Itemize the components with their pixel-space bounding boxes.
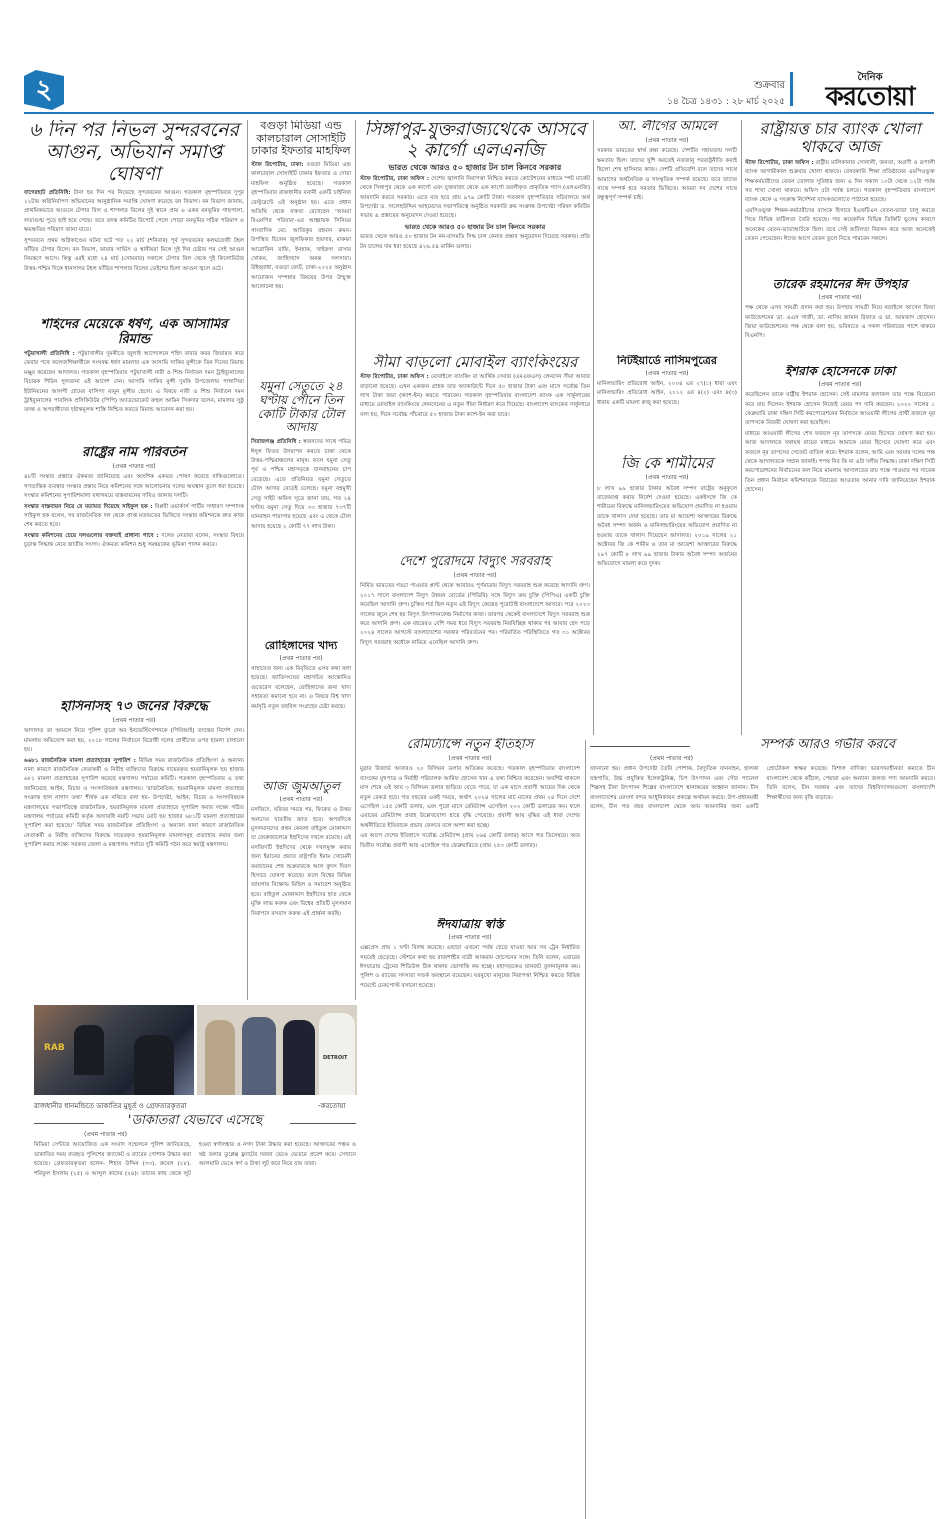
- article-rohingya-food[interactable]: রোহিঙ্গাদের খাদ্য (প্রথম পাতার পর) সাহায…: [251, 640, 351, 780]
- headline: যমুনা সেতুতে ২৪ ঘণ্টায় পৌনে তিন কোটি টা…: [251, 380, 351, 435]
- continued-label: (প্রথম পাতার পর): [597, 136, 737, 145]
- body: এমপিওভুক্ত শিক্ষক-কর্মচারীদের ব্যাংকে হি…: [745, 207, 935, 245]
- masthead-divider: [790, 72, 793, 106]
- article-china-relations[interactable]: সম্পর্ক আরও গভীর করবে (প্রথম পাতার পর) জ…: [590, 738, 935, 1518]
- byline: স্টাফ রিপোর্টার, ঢাকা অফিস :: [745, 160, 814, 166]
- article-eid-journey[interactable]: ঈদযাত্রায় স্বস্তি (প্রথম পাতার পর) এক্স…: [360, 918, 580, 1518]
- column-divider: [593, 120, 594, 735]
- article-sundarban[interactable]: ৬ দিন পর নিভল সুন্দরবনের আগুন, অভিযান সম…: [24, 120, 244, 325]
- article-mobile-banking[interactable]: সীমা বাড়লো মোবাইল ব্যাংকিংয়ের স্টাফ রি…: [360, 354, 590, 554]
- body: বগুড়া মিডিয়া এন্ড কালচারাল সোসাইটি ঢাক…: [251, 162, 351, 290]
- body: ৮ লাখ ৯৯ হাজার টাকার অবৈধ সম্পদ রাষ্ট্রে…: [597, 485, 737, 570]
- article-hasina-case[interactable]: হাসিনাসহ ৭৩ জনের বিরুদ্ধে (প্রথম পাতার প…: [24, 700, 244, 885]
- logo-main: করতোয়া: [800, 84, 940, 110]
- subhead: ৬৬৮১ রাজনৈতিক মামলা প্রত্যাহারের সুপারিশ…: [24, 758, 136, 764]
- headline: রেমিট্যান্সে নতুন ইতিহাস: [360, 738, 580, 753]
- headline: তারেক রহমানের ঈদ উপহার: [745, 278, 935, 292]
- photo-raid: RAB: [34, 1005, 194, 1095]
- continued-label: (প্রথম পাতার পর): [360, 571, 590, 580]
- shirt-text: DETROIT: [323, 1055, 347, 1061]
- continued-label: (প্রথম পাতার পর): [360, 754, 580, 763]
- weekday: শুক্রবার: [667, 78, 785, 94]
- byline: স্টাফ রিপোর্টার, ঢাকা অফিস :: [360, 176, 429, 182]
- body: মোবাইলে ব্যাংকিং বা আর্থিক সেবার (এমএফএস…: [360, 374, 590, 418]
- byline: সিরাজগঞ্জ প্রতিনিধি :: [251, 439, 301, 445]
- headline: দেশে পুরোদমে বিদ্যুৎ সরবরাহ: [360, 555, 590, 570]
- headline: রাষ্ট্রায়ত্ত চার ব্যাংক খোলা থাকবে আজ: [745, 120, 935, 157]
- column-divider: [741, 120, 742, 735]
- column-divider: [585, 740, 586, 1519]
- headline: নিটইয়ার্ডে নাসিমপুত্রের: [597, 355, 737, 368]
- body: এর আগে দেশের ইতিহাসে সর্বোচ্চ রেমিট্যান্…: [360, 832, 580, 851]
- continued-label: (প্রথম পাতার পর): [590, 754, 935, 763]
- article-ishraque[interactable]: ইশরাক হোসেনকে ঢাকা (প্রথম পাতার পর) করেছ…: [745, 365, 935, 735]
- continued-label: (প্রথম পাতার পর): [745, 293, 935, 302]
- continued-label: (প্রথম পাতার পর): [251, 795, 351, 804]
- body: মসজিদে, ঘরিবর সময়ে গর, ফিকের ও উত্তর অন…: [251, 806, 351, 919]
- headline: আজ জুমআতুল: [251, 780, 351, 794]
- byline: বাগেরহাট প্রতিনিধি:: [24, 190, 71, 196]
- body: দেশের জ্বালানি নিরাপত্তা নিশ্চিত করতে কো…: [360, 176, 590, 220]
- article-jamuna-toll[interactable]: যমুনা সেতুতে ২৪ ঘণ্টায় পৌনে তিন কোটি টা…: [251, 380, 351, 640]
- article-bogura-media[interactable]: বগুড়া মিডিয়া এন্ড কালচারাল সোসাইটি ঢাক…: [251, 120, 351, 332]
- headline: শহিদের মেয়েকে ধর্ষণ, এক আসামির রিমান্ড: [24, 318, 244, 348]
- date-box: শুক্রবার ১৪ চৈত্র ১৪৩১ : ২৮ মার্চ ২০২৫: [667, 78, 785, 110]
- article-state-name[interactable]: রাষ্ট্রের নাম পরিবর্তন (প্রথম পাতার পর) …: [24, 446, 244, 706]
- photo-caption: রাজধানীর ধানমন্ডিতে ডাকাতির মুহূর্ত ও গ্…: [34, 1100, 186, 1112]
- body: মিডিয়া সেন্টারে আয়োজিত এক সংবাদ সম্মেল…: [34, 1141, 356, 1179]
- continued-label: (প্রথম পাতার পর): [745, 380, 935, 389]
- body: জানানো হয়। প্রধান উপদেষ্টা তৈরি পোশাক, …: [590, 765, 935, 812]
- continued-label: (প্রথম পাতার পর): [360, 933, 580, 942]
- headline: ইশরাক হোসেনকে ঢাকা: [745, 365, 935, 379]
- article-rape-case[interactable]: শহিদের মেয়েকে ধর্ষণ, এক আসামির রিমান্ড …: [24, 318, 244, 446]
- headline: হাসিনাসহ ৭৩ জনের বিরুদ্ধে: [24, 700, 244, 715]
- article-remittance[interactable]: রেমিট্যান্সে নতুন ইতিহাস (প্রথম পাতার পর…: [360, 738, 580, 908]
- article-lng[interactable]: সিঙ্গাপুর-যুক্তরাজ্যথেকে আসবে ২ কার্গো এ…: [360, 120, 590, 352]
- continued-label: (প্রথম পাতার পর): [24, 716, 244, 725]
- headline: রাষ্ট্রের নাম পরিবর্তন: [24, 446, 244, 461]
- body: ভারত থেকে আরও ৫০ হাজার টন নন-বাসমতি সিদ্…: [360, 233, 590, 252]
- article-jumatul-wida[interactable]: আজ জুমআতুল (প্রথম পাতার পর) মসজিদে, ঘরিব…: [251, 780, 351, 1000]
- headline: 'ডাকাতরা যেভাবে এসেছে: [34, 1114, 356, 1129]
- continued-label: (প্রথম পাতার পর): [34, 1130, 356, 1139]
- body: ৪৮টি সংস্কার প্রস্তাবে ঐকমত্য জানিয়েছে …: [24, 473, 244, 501]
- column-divider: [355, 120, 356, 1000]
- body: মাধ্যমে আওয়ামী লীগের শেখ ফজলে নূর তাপসক…: [745, 430, 935, 496]
- body: মানিলন্ডারিং প্রতিরোধ আইন, ২০০৪ এর ২৭(১)…: [597, 380, 737, 408]
- body: সাহায্যের জন্য এক বিবৃতিতে এসব কথা বলা হ…: [251, 665, 351, 712]
- body: এক্সপ্রেস প্রায় ১ ঘণ্টা বিলম্ব করেছে। এ…: [360, 944, 580, 991]
- continued-label: (প্রথম পাতার পর): [24, 462, 244, 471]
- body: নির্মিত ভারতের গড্ডা পাওয়ার প্লান্ট থেক…: [360, 582, 590, 648]
- body: সরকার ভারতের স্বার্থ রক্ষা করেছে। দেশটির…: [597, 147, 737, 203]
- rab-label: RAB: [44, 1043, 65, 1053]
- date-line: ১৪ চৈত্র ১৪৩১ : ২৮ মার্চ ২০২৫: [667, 94, 785, 110]
- body: পটুয়াখালীর দুমকীতে জুলাই আন্দোলনে শহিদ …: [24, 351, 244, 413]
- photo-suspects: DETROIT: [197, 1005, 357, 1095]
- masthead: ২ শুক্রবার ১৪ চৈত্র ১৪৩১ : ২৮ মার্চ ২০২৫…: [0, 0, 945, 112]
- headline: ৬ দিন পর নিভল সুন্দরবনের আগুন, অভিযান সম…: [24, 120, 244, 186]
- body: স্বজনদের সাথে পবিত্র ঈদুল ফিতর উদযাপন কর…: [251, 439, 351, 530]
- subhead: ভারত থেকে আরও ৫০ হাজার টন চাল কিনবে সরকা…: [360, 223, 590, 232]
- body: আদালত তা আমলে নিয়ে পুলিশ ব্যুরো অব ইনভে…: [24, 727, 244, 755]
- headline: সম্পর্ক আরও গভীর করবে: [590, 738, 935, 753]
- article-nasimputra[interactable]: নিটইয়ার্ডে নাসিমপুত্রের (প্রথম পাতার পর…: [597, 355, 737, 450]
- column-divider: [247, 120, 248, 1000]
- headline: ঈদযাত্রায় স্বস্তি: [360, 918, 580, 932]
- subhead: সংস্কার বাস্তবায়ন নিয়ে যে মতামত দিয়েছ…: [24, 504, 152, 510]
- headline: সীমা বাড়লো মোবাইল ব্যাংকিংয়ের: [360, 354, 590, 371]
- body: করেছিলেন তাকে রাষ্ট্রীয় ইশরাক হোসেন। সে…: [745, 391, 935, 429]
- byline: স্টাফ রিপোর্টার, ঢাকা:: [251, 162, 303, 168]
- headline: বগুড়া মিডিয়া এন্ড কালচারাল সোসাইটি ঢাক…: [251, 120, 351, 158]
- byline: পটুয়াখালী প্রতিনিধি :: [24, 351, 75, 357]
- article-al-era[interactable]: আ. লীগের আমলে (প্রথম পাতার পর) সরকার ভার…: [597, 120, 737, 360]
- continued-label: (প্রথম পাতার পর): [597, 369, 737, 378]
- deck: ভারত থেকে আরও ৫০ হাজার টন চাল কিনবে সরকা…: [360, 163, 590, 172]
- masthead-rule: [24, 112, 934, 114]
- article-tarique-eid-gift[interactable]: তারেক রহমানের ঈদ উপহার (প্রথম পাতার পর) …: [745, 278, 935, 363]
- headline: জি কে শামীমের: [597, 455, 737, 472]
- headline: রোহিঙ্গাদের খাদ্য: [251, 640, 351, 653]
- article-electricity[interactable]: দেশে পুরোদমে বিদ্যুৎ সরবরাহ (প্রথম পাতার…: [360, 555, 590, 735]
- body: মুদ্রার রিজার্ভ আবারও ২০ বিলিয়ন ডলার অত…: [360, 765, 580, 831]
- continued-label: (প্রথম পাতার পর): [597, 473, 737, 482]
- headline: সিঙ্গাপুর-যুক্তরাজ্যথেকে আসবে ২ কার্গো এ…: [360, 120, 590, 161]
- headline: আ. লীগের আমলে: [597, 120, 737, 135]
- body: টানা ছয় দিন পর নিভেছে সুন্দরবনের আগুন। …: [24, 190, 244, 234]
- subhead: সংস্কার কমিশনের চেয়ে দলগুলোর বক্তব্যই প…: [24, 533, 159, 539]
- byline: স্টাফ রিপোর্টার, ঢাকা অফিস :: [360, 374, 429, 380]
- body: পক্ষ থেকে এসব সামগ্রী প্রদান করা হয়। উপ…: [745, 304, 935, 342]
- article-gk-shamim[interactable]: জি কে শামীমের (প্রথম পাতার পর) ৮ লাখ ৯৯ …: [597, 455, 737, 735]
- continued-label: (প্রথম পাতার পর): [251, 654, 351, 663]
- body: সুন্দরবনে প্রথম অগ্নিকাণ্ডের ঘটনা ঘটে গত…: [24, 237, 244, 275]
- page-number-badge: ২: [24, 70, 64, 110]
- body: রাষ্ট্রীয় মালিকানার সোনালী, জনতা, অগ্রণ…: [745, 160, 935, 204]
- article-robbers[interactable]: 'ডাকাতরা যেভাবে এসেছে (প্রথম পাতার পর) ম…: [34, 1114, 356, 1514]
- newspaper-logo[interactable]: দৈনিক করতোয়া: [800, 72, 940, 110]
- photo-credit: -করতোয়া: [318, 1100, 346, 1112]
- body: বিভিন্ন সময় রাজনৈতিক প্রতিহিংসা ও অন্যা…: [24, 758, 244, 849]
